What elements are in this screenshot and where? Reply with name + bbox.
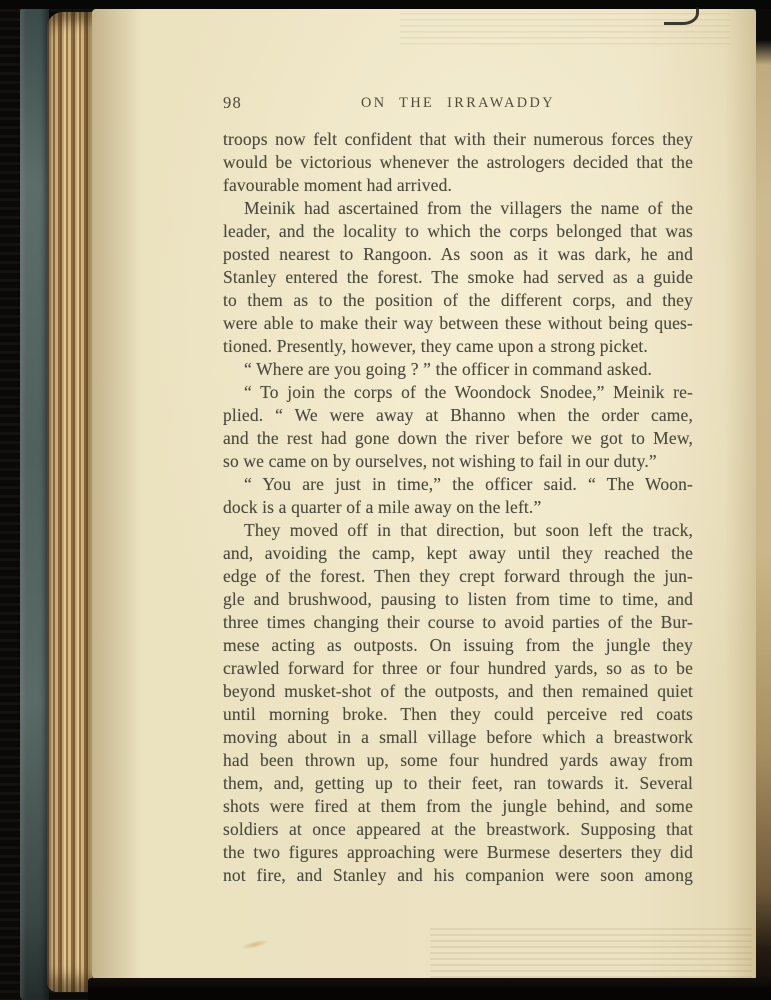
text-line: and the rest had gone down the river bef… [223,427,693,450]
text-line: beyond musket-shot of the outposts, and … [223,680,693,703]
text-line: troops now felt confident that with thei… [223,128,693,151]
top-shadow-band [0,0,771,9]
text-line: “ Where are you going ? ” the officer in… [223,358,693,381]
text-line: had been thrown up, some four hundred ya… [223,749,693,772]
text-line: to them as to the position of the differ… [223,289,693,312]
text-line: dock is a quarter of a mile away on the … [223,496,693,519]
text-line: would be victorious whenever the astrolo… [223,151,693,174]
text-line: favourable moment had arrived. [223,174,693,197]
text-line: not fire, and Stanley and his companion … [223,864,693,887]
text-line: gle and brushwood, pausing to listen fro… [223,588,693,611]
text-line: Meinik had ascertained from the villager… [223,197,693,220]
page-edge-stack [47,12,94,992]
text-line: until morning broke. Then they could per… [223,703,693,726]
text-line: “ To join the corps of the Woondock Snod… [223,381,693,404]
text-line: They moved off in that direction, but so… [223,519,693,542]
book-page: 98 ON THE IRRAWADDY troops now felt conf… [92,9,756,980]
text-line: plied. “ We were away at Bhanno when the… [223,404,693,427]
text-line: so we came on by ourselves, not wishing … [223,450,693,473]
text-line: “ You are just in time,” the officer sai… [223,473,693,496]
text-line: moving about in a small village before w… [223,726,693,749]
right-page-edge [756,0,771,1000]
text-line: them, and, getting up to their feet, ran… [223,772,693,795]
text-line: the two figures approaching were Burmese… [223,841,693,864]
paragraph: They moved off in that direction, but so… [223,519,693,887]
page-header: 98 ON THE IRRAWADDY [92,93,756,115]
page-body: troops now felt confident that with thei… [223,128,693,887]
text-line: posted nearest to Rangoon. As soon as it… [223,243,693,266]
text-line: tioned. Presently, however, they came up… [223,335,693,358]
text-line: and, avoiding the camp, kept away until … [223,542,693,565]
book-cover-edge [20,4,49,1000]
text-line: edge of the forest. Then they crept forw… [223,565,693,588]
book-photo-scene: 98 ON THE IRRAWADDY troops now felt conf… [0,0,771,1000]
text-line: shots were fired at them from the jungle… [223,795,693,818]
text-line: Stanley entered the forest. The smoke ha… [223,266,693,289]
bottom-edge-lines [430,928,752,978]
text-line: three times changing their course to avo… [223,611,693,634]
bottom-shadow-band [88,978,771,1000]
paragraph: Meinik had ascertained from the villager… [223,197,693,358]
text-line: mese acting as outposts. On issuing from… [223,634,693,657]
paragraph: “ Where are you going ? ” the officer in… [223,358,693,381]
text-line: leader, and the locality to which the co… [223,220,693,243]
paragraph: “ You are just in time,” the officer sai… [223,473,693,519]
text-line: crawled forward for three or four hundre… [223,657,693,680]
smudge-mark [240,937,271,951]
text-line: soldiers at once appeared at the breastw… [223,818,693,841]
paragraph: troops now felt confident that with thei… [223,128,693,197]
running-title: ON THE IRRAWADDY [223,95,693,112]
paragraph: “ To join the corps of the Woondock Snod… [223,381,693,473]
text-line: were able to make their way between thes… [223,312,693,335]
